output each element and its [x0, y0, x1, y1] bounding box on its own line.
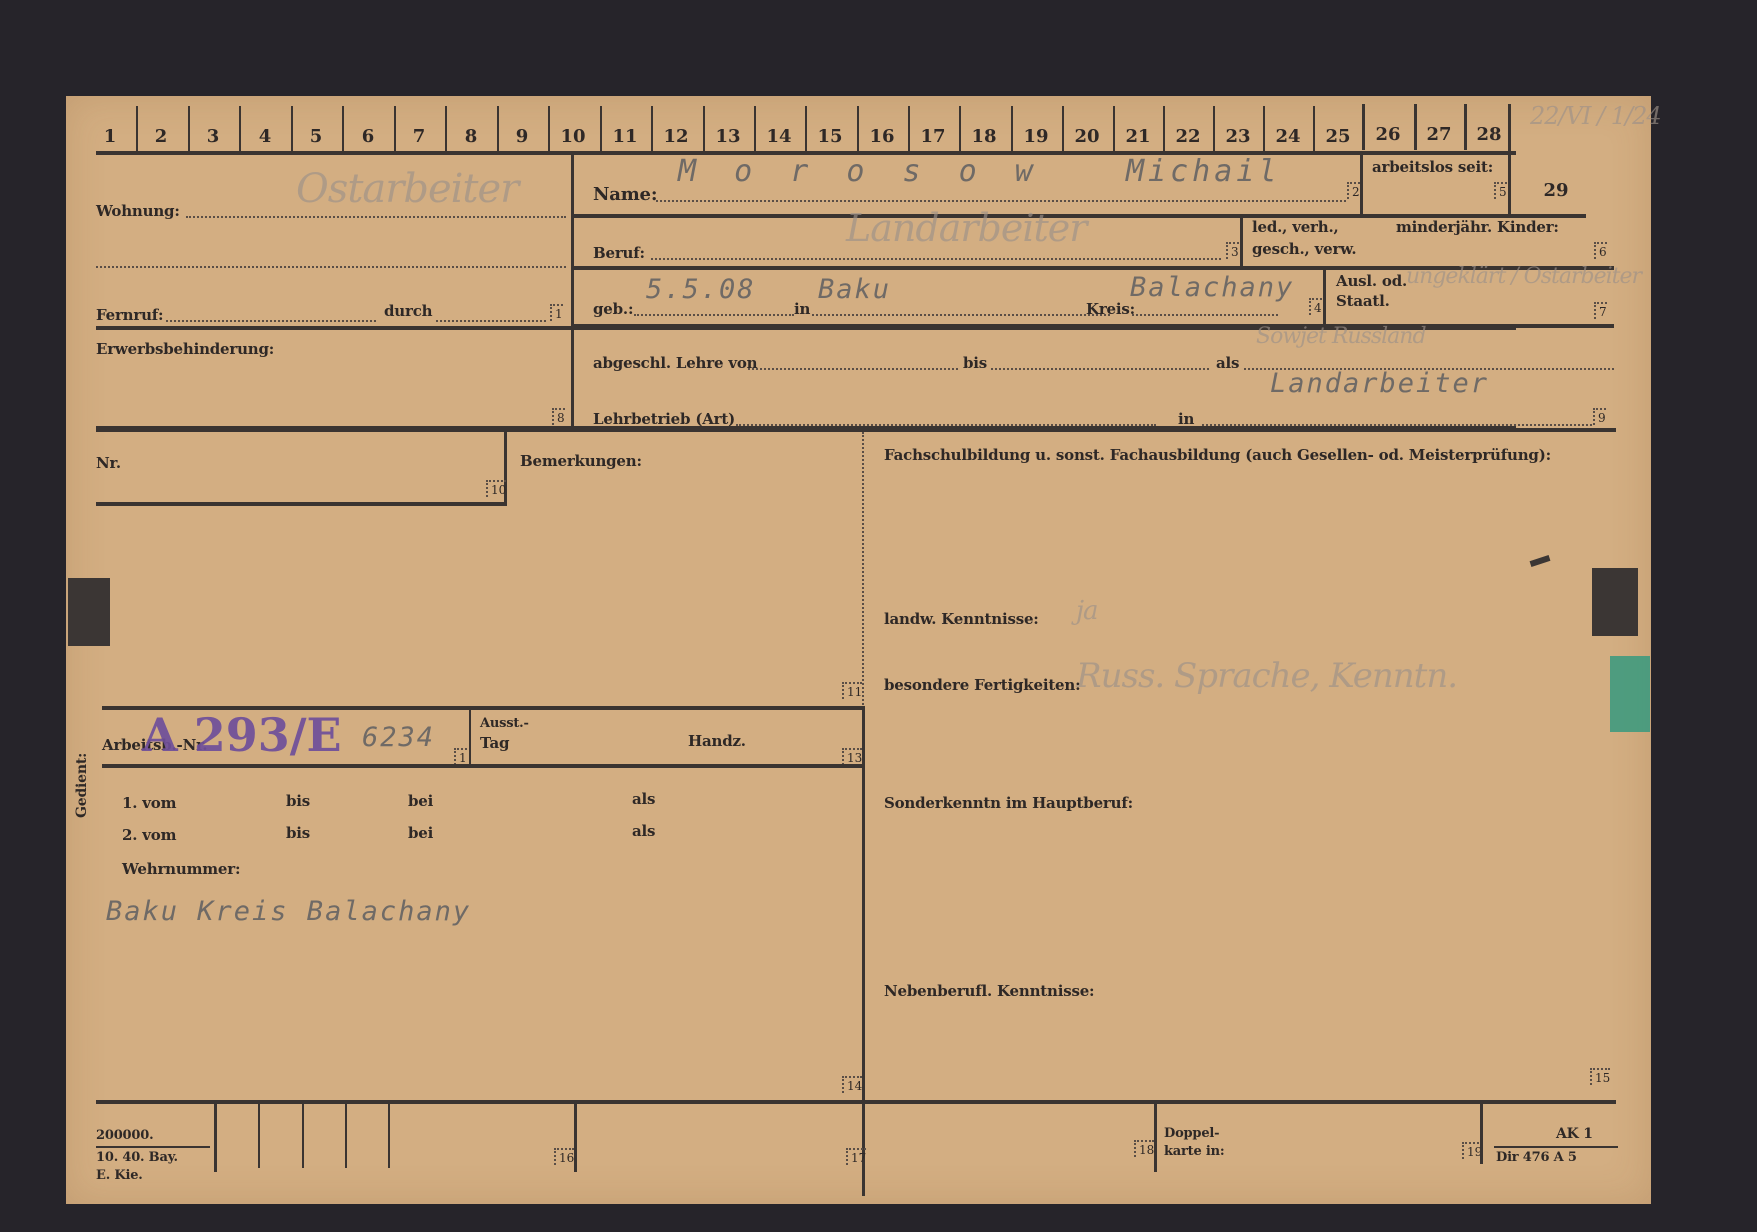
doppelkarte-label-1: Doppel-: [1164, 1126, 1219, 1141]
name-input[interactable]: [656, 200, 1346, 202]
fernruf-input[interactable]: [166, 320, 376, 322]
col-number: 21: [1118, 126, 1158, 147]
kreis-label: Kreis:: [1086, 300, 1135, 318]
name-label: Name:: [593, 184, 657, 205]
col-number: 26: [1368, 124, 1408, 145]
birth-in-label: in: [794, 300, 810, 318]
col-number: 23: [1218, 126, 1258, 147]
beruf-handwritten: Landarbeiter: [846, 206, 1086, 250]
col-number: 15: [810, 126, 850, 147]
wehr-note-value: Baku Kreis Balachany: [106, 896, 471, 927]
index-card: 1 2 3 4 5 6 7 8 9 10 11 12 13 14 15 16 1…: [66, 96, 1651, 1204]
ausl-label-1: Ausl. od.: [1336, 272, 1407, 290]
col-number: 28: [1469, 124, 1509, 145]
fernruf-label: Fernruf:: [96, 306, 163, 324]
col-number: 2: [141, 126, 181, 147]
col-number: 20: [1067, 126, 1107, 147]
green-tab-marker: [1610, 656, 1650, 732]
handz-label: Handz.: [688, 732, 746, 750]
col-number: 4: [245, 126, 285, 147]
col-number: 14: [759, 126, 799, 147]
field-number-18: 18: [1134, 1140, 1154, 1157]
kreis-input[interactable]: [1132, 314, 1278, 316]
field-number-10: 10: [486, 480, 506, 497]
staatl-handwritten-2: Sowjet Russland: [1256, 324, 1426, 349]
landw-kenntnisse-label: landw. Kenntnisse:: [884, 610, 1039, 628]
print-place: E. Kie.: [96, 1168, 143, 1183]
nr-label: Nr.: [96, 454, 121, 472]
col-number: 9: [502, 126, 542, 147]
col-number: 1: [90, 126, 130, 147]
form-code-2: Dir 476 A 5: [1496, 1150, 1577, 1165]
col-number: 24: [1268, 126, 1308, 147]
fertigkeiten-handwritten: Russ. Sprache, Kenntn.: [1076, 656, 1457, 696]
geb-label: geb.:: [593, 300, 633, 318]
durch-input[interactable]: [436, 320, 546, 322]
col-number: 12: [656, 126, 696, 147]
lehre-bis-label: bis: [963, 354, 987, 372]
field-number-13: 13: [842, 748, 862, 765]
col-number: 27: [1419, 124, 1459, 145]
lehrbetrieb-in-input[interactable]: [1202, 424, 1592, 426]
field-number-9: 9: [1593, 408, 1606, 425]
col-number: 6: [348, 126, 388, 147]
print-run: 200000.: [96, 1128, 153, 1143]
print-date: 10. 40. Bay.: [96, 1150, 178, 1165]
durch-label: durch: [384, 302, 432, 320]
corner-handwritten: 22/VI / 1/24: [1530, 102, 1661, 130]
col-number: 19: [1016, 126, 1056, 147]
gedient-2-als-label: als: [632, 822, 655, 840]
right-filing-marker: [1592, 568, 1638, 636]
beruf-input[interactable]: [651, 258, 1221, 260]
col-number: 13: [708, 126, 748, 147]
field-number-16: 16: [554, 1148, 574, 1165]
col-number: 7: [399, 126, 439, 147]
lehrbetrieb-input[interactable]: [736, 424, 1156, 426]
gedient-2-bei-label: bei: [408, 824, 433, 842]
field-number-11: 11: [842, 682, 862, 699]
wohnung-label: Wohnung:: [96, 202, 180, 220]
col-number: 5: [296, 126, 336, 147]
field-number-17: 17: [846, 1148, 866, 1165]
tag-label: Tag: [480, 734, 509, 752]
col-number: 18: [964, 126, 1004, 147]
field-number-15: 15: [1590, 1068, 1610, 1085]
firstname-value: Michail: [1126, 154, 1280, 189]
wohnung-line-1[interactable]: [186, 216, 566, 218]
left-column-divider: [571, 154, 574, 426]
lehre-bis-input[interactable]: [991, 368, 1209, 370]
familienstand-label-2: gesch., verw.: [1252, 240, 1356, 258]
surname-value: M o r o s o w: [678, 154, 1043, 189]
gedient-label: Gedient:: [74, 753, 90, 818]
field-number-7: 7: [1594, 302, 1607, 319]
col-number: 11: [605, 126, 645, 147]
col-number: 10: [553, 126, 593, 147]
col-number: 22: [1168, 126, 1208, 147]
field-number-1b: 1: [454, 748, 467, 765]
lower-right-divider: [862, 706, 865, 1196]
staatl-handwritten: ungeklärt / Ostarbeiter: [1406, 264, 1641, 289]
wohnung-handwritten: Ostarbeiter: [296, 166, 518, 212]
col-number: 3: [193, 126, 233, 147]
minderjaehr-kinder-label: minderjähr. Kinder:: [1396, 218, 1559, 236]
birth-kreis-value: Balachany: [1130, 272, 1294, 303]
nebenberufl-kenntnisse-label: Nebenberufl. Kenntnisse:: [884, 982, 1094, 1000]
landw-handwritten: ja: [1076, 596, 1098, 626]
field-number-3: 3: [1226, 242, 1239, 259]
doppelkarte-input[interactable]: [1236, 1158, 1436, 1160]
lehrbetrieb-in-label: in: [1178, 410, 1194, 428]
gedient-2-vom-label: 2. vom: [122, 826, 176, 844]
fachschulbildung-label: Fachschulbildung u. sonst. Fachausbildun…: [884, 446, 1551, 464]
beruf-label: Beruf:: [593, 244, 645, 262]
form-code-1: AK 1: [1556, 1126, 1593, 1142]
wehrnummer-label: Wehrnummer:: [122, 860, 240, 878]
field-number-2: 2: [1347, 182, 1360, 199]
left-filing-marker: [68, 578, 110, 646]
lehrbetrieb-label: Lehrbetrieb (Art): [593, 410, 735, 428]
col-number: 25: [1318, 126, 1358, 147]
wohnung-line-2[interactable]: [96, 266, 566, 268]
field-number-8: 8: [552, 408, 565, 425]
doppelkarte-label-2: karte in:: [1164, 1144, 1224, 1159]
field-number-5: 5: [1494, 182, 1507, 199]
gedient-2-bis-label: bis: [286, 824, 310, 842]
col-number: 16: [862, 126, 902, 147]
abgeschl-lehre-label: abgeschl. Lehre von: [593, 354, 757, 372]
field-number-4: 4: [1309, 298, 1322, 315]
gedient-1-bei-label: bei: [408, 792, 433, 810]
birth-place-value: Baku: [818, 274, 891, 305]
ausst-label: Ausst.-: [480, 716, 529, 731]
lehre-als-value: Landarbeiter: [1270, 368, 1489, 399]
birth-date-value: 5.5.08: [646, 274, 756, 305]
bemerkungen-label: Bemerkungen:: [520, 452, 642, 470]
field-number-1: 1: [550, 304, 563, 321]
field-number-6: 6: [1594, 242, 1607, 259]
gedient-1-als-label: als: [632, 790, 655, 808]
col-number: 17: [913, 126, 953, 147]
field-29: 29: [1536, 180, 1576, 201]
arbeitslos-seit-label: arbeitslos seit:: [1372, 158, 1493, 176]
sonderkenntn-label: Sonderkenntn im Hauptberuf:: [884, 794, 1133, 812]
ausl-label-2: Staatl.: [1336, 292, 1390, 310]
familienstand-label-1: led., verh.,: [1252, 218, 1339, 236]
birth-date-input[interactable]: [634, 314, 794, 316]
lehre-von-input[interactable]: [748, 368, 958, 370]
besondere-fertigkeiten-label: besondere Fertigkeiten:: [884, 676, 1080, 694]
gedient-1-bis-label: bis: [286, 792, 310, 810]
lehre-als-label: als: [1216, 354, 1239, 372]
birth-place-input[interactable]: [812, 314, 1110, 316]
gedient-1-vom-label: 1. vom: [122, 794, 176, 812]
col-number: 8: [451, 126, 491, 147]
field-number-14: 14: [842, 1076, 862, 1093]
arbeitsbuch-stamp: A 293/E: [142, 708, 342, 762]
erwerbsbehinderung-label: Erwerbsbehinderung:: [96, 340, 274, 358]
arbeitsbuch-number: 6234: [362, 722, 435, 753]
